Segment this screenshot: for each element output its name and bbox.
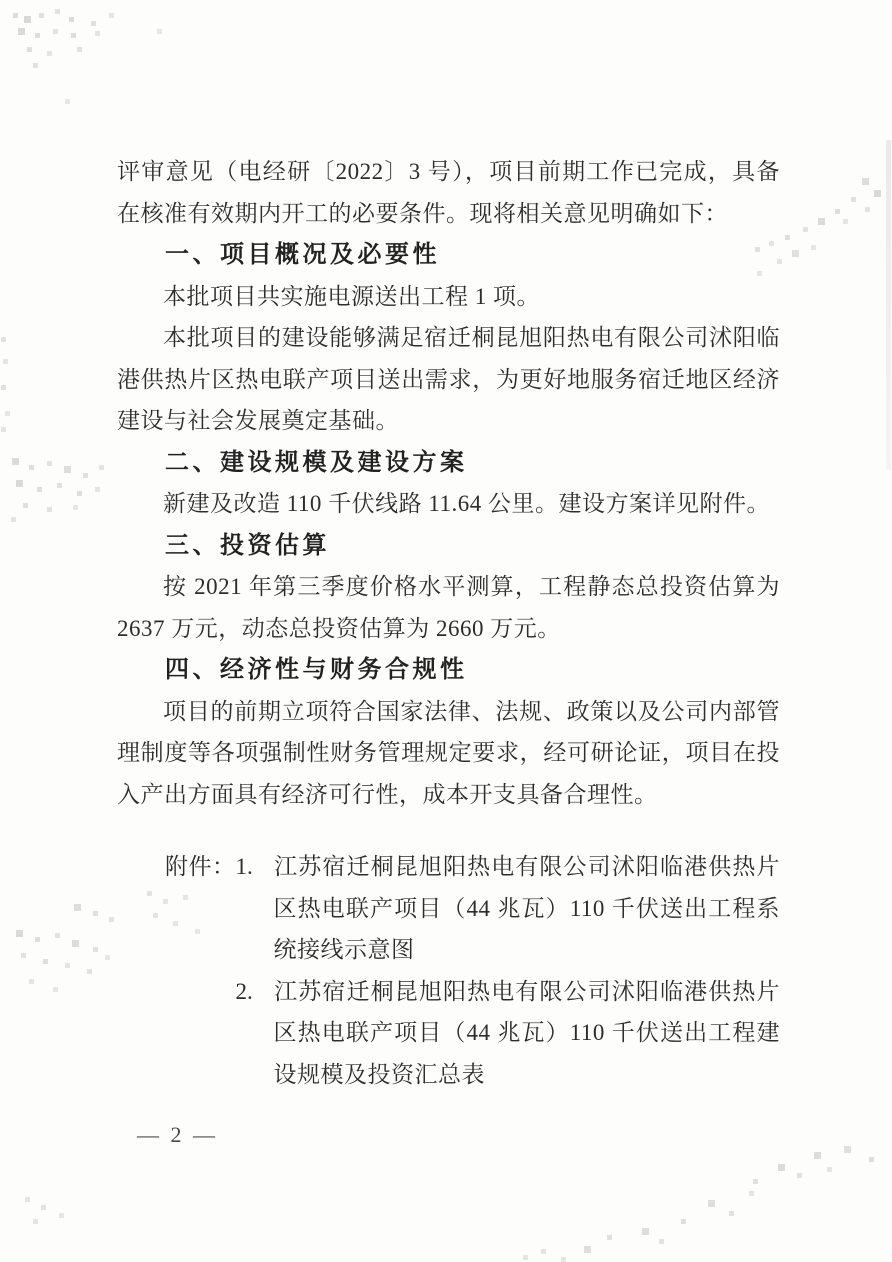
paragraph-investment-estimate: 按 2021 年第三季度价格水平测算，工程静态总投资估算为 2637 万元，动态…	[117, 566, 780, 649]
document-body: 评审意见（电经研〔2022〕3 号），项目前期工作已完成，具备在核准有效期内开工…	[117, 151, 780, 1095]
page-number: — 2 —	[137, 1122, 218, 1148]
attachments-block: 附件： 1.江苏宿迁桐昆旭阳热电有限公司沭阳临港供热片区热电联产项目（44 兆瓦…	[165, 846, 780, 1095]
attachment-item-2: 2.江苏宿迁桐昆旭阳热电有限公司沭阳临港供热片区热电联产项目（44 兆瓦）110…	[236, 971, 781, 1096]
attachments-label: 附件：	[165, 846, 236, 888]
paragraph-project-necessity: 本批项目的建设能够满足宿迁桐昆旭阳热电有限公司沭阳临港供热片区热电联产项目送出需…	[117, 317, 780, 442]
attachment-item-1-title: 江苏宿迁桐昆旭阳热电有限公司沭阳临港供热片区热电联产项目（44 兆瓦）110 千…	[274, 854, 781, 962]
paragraph-economic-compliance: 项目的前期立项符合国家法律、法规、政策以及公司内部管理制度等各项强制性财务管理规…	[117, 691, 780, 816]
section-heading-3-investment-estimate: 三、投资估算	[117, 525, 780, 567]
scanned-document-page: 评审意见（电经研〔2022〕3 号），项目前期工作已完成，具备在核准有效期内开工…	[0, 0, 892, 1262]
paragraph-construction-scale: 新建及改造 110 千伏线路 11.64 公里。建设方案详见附件。	[117, 483, 780, 525]
scan-noise-left-middle	[4, 448, 7, 451]
scan-noise-left-edge	[0, 330, 3, 333]
attachment-item-1-number: 1.	[236, 846, 274, 888]
scan-noise-bottom-band	[498, 1140, 501, 1143]
attachments-list: 1.江苏宿迁桐昆旭阳热电有限公司沭阳临港供热片区热电联产项目（44 兆瓦）110…	[236, 846, 781, 1095]
paragraph-project-count: 本批项目共实施电源送出工程 1 项。	[117, 276, 780, 318]
scan-noise-right-edge	[886, 140, 891, 470]
scan-noise-left-lower	[6, 896, 9, 899]
attachment-item-1: 1.江苏宿迁桐昆旭阳热电有限公司沭阳临港供热片区热电联产项目（44 兆瓦）110…	[236, 846, 781, 971]
section-heading-4-economic-compliance: 四、经济性与财务合规性	[117, 649, 780, 691]
section-heading-2-construction-scale: 二、建设规模及建设方案	[117, 442, 780, 484]
attachment-item-2-title: 江苏宿迁桐昆旭阳热电有限公司沭阳临港供热片区热电联产项目（44 兆瓦）110 千…	[274, 979, 781, 1087]
section-heading-1-project-overview: 一、项目概况及必要性	[117, 234, 780, 276]
paragraph-review-opinion: 评审意见（电经研〔2022〕3 号），项目前期工作已完成，具备在核准有效期内开工…	[117, 151, 780, 234]
attachment-item-2-number: 2.	[236, 971, 274, 1013]
scan-noise-top-left	[8, 4, 11, 7]
scan-noise-bottom-left	[20, 1190, 23, 1193]
